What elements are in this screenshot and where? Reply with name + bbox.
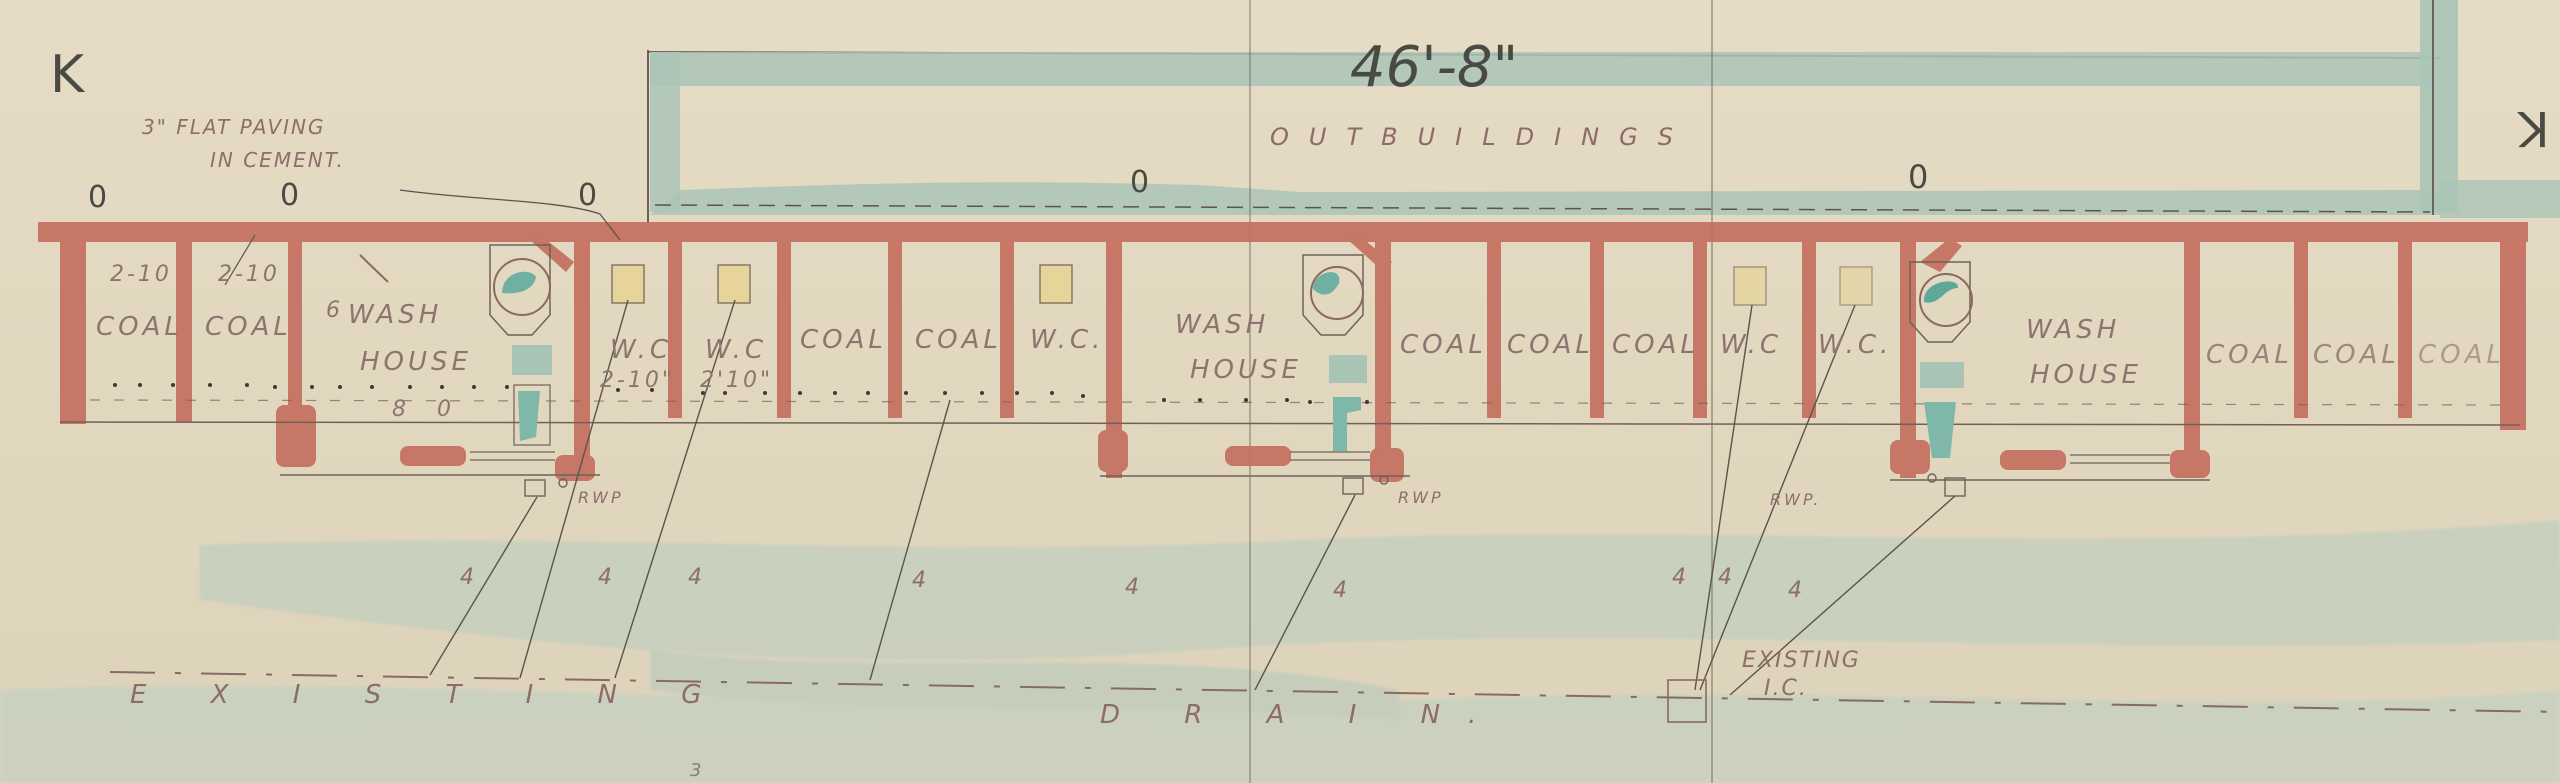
wash-house-side-mark: 6: [326, 298, 343, 323]
room-label-coal: COAL: [1400, 330, 1487, 360]
pipe-size: 4: [1672, 565, 1689, 590]
room-label-wash: WASH: [2026, 315, 2120, 345]
room-label-house: HOUSE: [2030, 360, 2142, 390]
drain-label: D R A I N.: [1100, 700, 1504, 730]
pipe-size: 4: [598, 565, 615, 590]
pipe-size: 4: [1125, 575, 1142, 600]
room-label-wash: WASH: [348, 300, 442, 330]
room-dim: 8 0: [392, 397, 463, 422]
level-mark: 0: [1130, 165, 1152, 200]
level-mark: 0: [578, 178, 600, 213]
room-label-coal: COAL: [2418, 340, 2505, 370]
room-dim: 2'10": [700, 368, 773, 393]
room-label-wc: W.C.: [1030, 325, 1104, 355]
room-label-wc: W.C.: [1818, 330, 1892, 360]
plan-sheet: K K 46'-8" OUTBUILDINGS 3" FLAT PAVING I…: [0, 0, 2560, 783]
room-label-coal: COAL: [2206, 340, 2293, 370]
rwp-boxes: [525, 474, 1965, 496]
existing-label: E X I S T I N G: [130, 680, 729, 710]
room-dim: 2-10": [600, 368, 675, 393]
room-label-wc: W.C: [610, 335, 672, 365]
room-label-house: HOUSE: [360, 347, 472, 377]
paving-note-line1: 3" FLAT PAVING: [142, 115, 326, 139]
level-mark: 0: [280, 178, 302, 213]
room-label-house: HOUSE: [1190, 355, 1302, 385]
room-label-wc: W.C: [1720, 330, 1782, 360]
pipe-size: 4: [1718, 565, 1735, 590]
ground-wash: [0, 520, 2560, 783]
pipe-size: 4: [460, 565, 477, 590]
room-label-coal: COAL: [1612, 330, 1699, 360]
room-label-wc: W.C: [705, 335, 767, 365]
pipe-size: 4: [1333, 578, 1350, 603]
plan-drawing: [0, 0, 2560, 783]
outbuildings-outline: [648, 0, 2560, 222]
overall-dimension: 46'-8": [1350, 35, 1518, 100]
section-mark-right: K: [2515, 100, 2549, 156]
room-label-coal: COAL: [205, 312, 292, 342]
room-label-coal: COAL: [800, 325, 887, 355]
existing-ic-label: I.C.: [1764, 676, 1808, 701]
level-mark: 0: [88, 180, 110, 215]
stray-mark: 3: [690, 760, 704, 781]
outbuildings-label: OUTBUILDINGS: [1270, 123, 1693, 151]
paving-note-line2: IN CEMENT.: [210, 148, 345, 172]
room-dim: 2-10: [110, 262, 172, 287]
wc-pans: [612, 265, 1872, 305]
room-label-wash: WASH: [1175, 310, 1269, 340]
room-label-coal: COAL: [1507, 330, 1594, 360]
room-label-coal: COAL: [96, 312, 183, 342]
pipe-size: 4: [688, 565, 705, 590]
rwp-label: RWP: [578, 488, 624, 507]
room-dim: 2-10: [218, 262, 280, 287]
rwp-label: RWP.: [1770, 490, 1821, 509]
room-label-coal: COAL: [2313, 340, 2400, 370]
level-mark: 0: [1908, 158, 1931, 196]
section-mark-left: K: [50, 45, 84, 105]
pipe-size: 4: [912, 568, 929, 593]
rwp-label: RWP: [1398, 488, 1444, 507]
existing-ic-label: EXISTING: [1742, 648, 1861, 673]
room-label-coal: COAL: [915, 325, 1002, 355]
pipe-size: 4: [1788, 578, 1805, 603]
